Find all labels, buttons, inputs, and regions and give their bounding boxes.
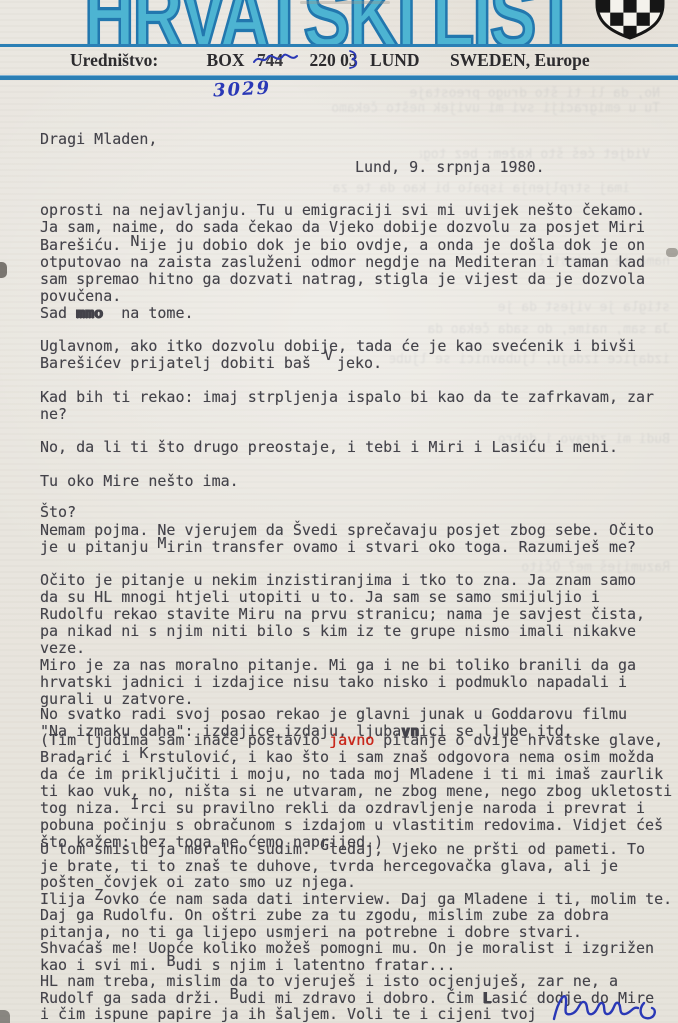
scan-smudge <box>0 1010 10 1023</box>
text-segment: da su HL mnogi htjeli utopiti u to. Ja s… <box>40 588 600 606</box>
letter-line: je brate, ti to znaš te duhove, tvrda he… <box>40 857 672 874</box>
text-segment: rić i <box>85 748 139 766</box>
text-segment: Očito je pitanje u nekim inzistiranjima … <box>40 571 636 589</box>
text-segment: ledaj, Vjeko ne pršti od pameti. To <box>329 840 645 858</box>
text-segment: Rudolf ga sada drži. <box>40 989 230 1007</box>
paragraph-sto: Što? <box>40 503 76 520</box>
text-segment-ovr: L <box>483 989 492 1007</box>
letter-line: pobuna počinju s obračunom s izdajom u v… <box>40 816 672 833</box>
letter-line: otputovao na zaista zasluženi odmor negd… <box>40 253 645 270</box>
text-segment-up: B <box>166 952 175 970</box>
letter-line: Kad bih ti rekao: imaj strpljenja ispalo… <box>40 388 654 405</box>
text-segment: je u pitanju <box>40 538 157 556</box>
text-segment: ne? <box>40 405 67 423</box>
letter-line: Sad mmo na tome. <box>40 304 194 321</box>
letter-line: (Tim ljudima sam inače postavio javno pi… <box>40 731 672 748</box>
text-segment: i čim ispune papire ja ih šaljem. Voli t… <box>40 1005 537 1023</box>
scan-smudge <box>666 248 678 257</box>
text-segment: rci su pravilno rekli da ozdravljenje na… <box>139 799 645 817</box>
text-segment: Brad <box>40 748 76 766</box>
text-segment: Kad bih ti rekao: imaj strpljenja ispalo… <box>40 388 654 406</box>
text-segment-up: N <box>130 232 139 250</box>
text-segment-up: Z <box>94 886 103 904</box>
paragraph-kad-bih: Kad bih ti rekao: imaj strpljenja ispalo… <box>40 388 654 422</box>
text-segment: otputovao na zaista zasluženi odmor negd… <box>40 253 645 271</box>
text-segment: kao i svi mi. <box>40 956 166 974</box>
text-segment: No svatko radi svoj posao rekao je glavn… <box>40 705 627 723</box>
letter-line: sam spremao hitno ga dozvati natrag, sti… <box>40 270 645 287</box>
text-segment-up: G <box>320 836 329 854</box>
text-segment: udi mi zdravo i dobro. Čim <box>239 989 483 1007</box>
letter-line: Bradarić i Krstulović, i kao što i sam z… <box>40 748 672 765</box>
letter-line: HL nam treba, mislim da to vjeruješ i is… <box>40 972 672 989</box>
paragraph-apology: oprosti na nejavljanju. Tu u emigraciji … <box>40 201 645 305</box>
text-segment: oprosti na nejavljanju. Tu u emigraciji … <box>40 201 645 219</box>
letter-line: Barešićev prijatelj dobiti baš Vjeko. <box>40 354 636 371</box>
text-segment: No, da li ti što drugo preostaje, i tebi… <box>40 438 618 456</box>
text-segment: povučena. <box>40 287 121 305</box>
text-segment-ins: V <box>320 346 337 364</box>
text-segment-up: B <box>230 985 239 1003</box>
text-segment-red: javno <box>329 731 374 749</box>
paragraph-sad-na-tome: Sad mmo na tome. <box>40 304 194 321</box>
letter-line: Miro je za nas moralno pitanje. Mi ga i … <box>40 656 636 673</box>
text-segment-ovr: mmo <box>76 304 103 322</box>
letter-line: Očito je pitanje u nekim inzistiranjima … <box>40 571 645 588</box>
text-segment: Shvaćaš me! Uopće koliko možeš pomogni m… <box>40 939 654 957</box>
text-segment: Uglavnom, ako itko dozvolu dobije, tada … <box>40 337 636 355</box>
text-segment: pitanja, no ti ga lijepo usmjeri na potr… <box>40 923 582 941</box>
letter-line: je u pitanju Mirin transfer ovamo i stva… <box>40 538 654 555</box>
text-segment: Tu oko Mire nešto ima. <box>40 472 239 490</box>
text-segment: udi s njim i latentno fratar... <box>175 956 455 974</box>
greeting: Dragi Mladen, <box>40 130 157 148</box>
text-segment: Što? <box>40 503 76 521</box>
text-segment: U tom smislu ja moralno sudim. <box>40 840 320 858</box>
letter-line: ne? <box>40 405 654 422</box>
paragraph-tu-oko-mire: Tu oko Mire nešto ima. <box>40 472 239 489</box>
text-segment: ovko će nam sada dati interview. Daj ga … <box>103 890 672 908</box>
handwritten-signature <box>548 989 666 1023</box>
text-segment: Daj ga Rudolfu. On oštri zube za tu zgod… <box>40 906 609 924</box>
text-segment-dn: a <box>76 751 85 769</box>
letter-line: povučena. <box>40 287 645 304</box>
paragraph-uglavnom: Uglavnom, ako itko dozvolu dobije, tada … <box>40 337 636 371</box>
letter-line: pa nikad ni s njim niti bilo s kim iz te… <box>40 622 645 639</box>
letter-line: No, da li ti što drugo preostaje, i tebi… <box>40 438 618 455</box>
letter-line: pošten čovjek oi zato smo uz njega. <box>40 873 672 890</box>
text-segment: Barešiću. <box>40 236 130 254</box>
text-segment: pobuna počinju s obračunom s izdajom u v… <box>40 816 663 834</box>
text-segment: rstulović, i kao što i sam znaš odgovora… <box>148 748 654 766</box>
letter-line: da će im priključiti i moju, no tada moj… <box>40 765 672 782</box>
text-segment: pošten čovjek oi zato smo uz njega. <box>40 873 356 891</box>
paragraph-no-da-li: No, da li ti što drugo preostaje, i tebi… <box>40 438 618 455</box>
text-segment: (Tim ljudima sam inače postavio <box>40 731 329 749</box>
paragraph-ocito: Očito je pitanje u nekim inzistiranjima … <box>40 571 645 656</box>
text-segment: tog niza. <box>40 799 130 817</box>
letter-line: tog niza. Irci su pravilno rekli da ozdr… <box>40 799 672 816</box>
letter-line: Shvaćaš me! Uopće koliko možeš pomogni m… <box>40 939 672 956</box>
letter-line: da su HL mnogi htjeli utopiti u to. Ja s… <box>40 588 645 605</box>
text-segment: Sad <box>40 304 76 322</box>
text-segment: pa nikad ni s njim niti bilo s kim iz te… <box>40 622 636 640</box>
scanned-letter-page: HRVATSKI LIST Uredništvo: BOX 744 220 03 <box>0 0 678 1023</box>
letter-line: Rudolfu rekao stavite Miru na prvu stran… <box>40 605 645 622</box>
text-segment: veze. <box>40 639 85 657</box>
letter-line: Uglavnom, ako itko dozvolu dobije, tada … <box>40 337 636 354</box>
paragraph-miro: Miro je za nas moralno pitanje. Mi ga i … <box>40 656 636 707</box>
text-segment: pitanje o dvije hrvatske glave, <box>374 731 663 749</box>
text-segment: na tome. <box>103 304 193 322</box>
text-segment: sam spremao hitno ga dozvati natrag, sti… <box>40 270 645 288</box>
paragraph-javno-pitanje: (Tim ljudima sam inače postavio javno pi… <box>40 731 672 850</box>
letter-line: U tom smislu ja moralno sudim. Gledaj, V… <box>40 840 672 857</box>
text-segment: Rudolfu rekao stavite Miru na prvu stran… <box>40 605 645 623</box>
letter-line: Barešiću. Nije ju dobio dok je bio ovdje… <box>40 236 645 253</box>
text-segment-up: M <box>157 534 166 552</box>
text-segment: da će im priključiti i moju, no tada moj… <box>40 765 663 783</box>
text-segment-up: I <box>130 795 139 813</box>
letter-line: veze. <box>40 639 645 656</box>
text-segment: HL nam treba, mislim da to vjeruješ i is… <box>40 972 618 990</box>
letter-line: Tu oko Mire nešto ima. <box>40 472 239 489</box>
letter-body: Dragi Mladen, Lund, 9. srpnja 1980. opro… <box>0 0 678 1023</box>
text-segment: irin transfer ovamo i stvari oko toga. R… <box>166 538 636 556</box>
letter-line: Nemam pojma. Ne vjerujem da Švedi spreča… <box>40 521 654 538</box>
letter-line: Što? <box>40 503 76 520</box>
letter-line: oprosti na nejavljanju. Tu u emigraciji … <box>40 201 645 218</box>
scan-smudge <box>300 1 390 4</box>
dateline: Lund, 9. srpnja 1980. <box>355 158 545 176</box>
text-segment: ije ju dobio dok je bio ovdje, a onda je… <box>139 236 645 254</box>
letter-line: pitanja, no ti ga lijepo usmjeri na potr… <box>40 923 672 940</box>
scan-smudge <box>0 262 7 278</box>
text-segment: Nemam pojma. Ne vjerujem da Švedi spreča… <box>40 521 654 539</box>
text-segment: hrvatski jadnici i izdajice nisu tako ni… <box>40 673 627 691</box>
text-segment-up: K <box>139 744 148 762</box>
letter-line: Ilija Zovko će nam sada dati interview. … <box>40 890 672 907</box>
text-segment: je brate, ti to znaš te duhove, tvrda he… <box>40 857 618 875</box>
letter-line: No svatko radi svoj posao rekao je glavn… <box>40 705 627 722</box>
paragraph-nemam-pojma: Nemam pojma. Ne vjerujem da Švedi spreča… <box>40 521 654 555</box>
text-segment: Miro je za nas moralno pitanje. Mi ga i … <box>40 656 636 674</box>
letter-line: Daj ga Rudolfu. On oštri zube za tu zgod… <box>40 906 672 923</box>
text-segment: jeko. <box>337 354 382 372</box>
text-segment: Barešićev prijatelj dobiti baš <box>40 354 320 372</box>
text-segment: Ilija <box>40 890 94 908</box>
letter-line: kao i svi mi. Budi s njim i latentno fra… <box>40 956 672 973</box>
letter-line: hrvatski jadnici i izdajice nisu tako ni… <box>40 673 636 690</box>
